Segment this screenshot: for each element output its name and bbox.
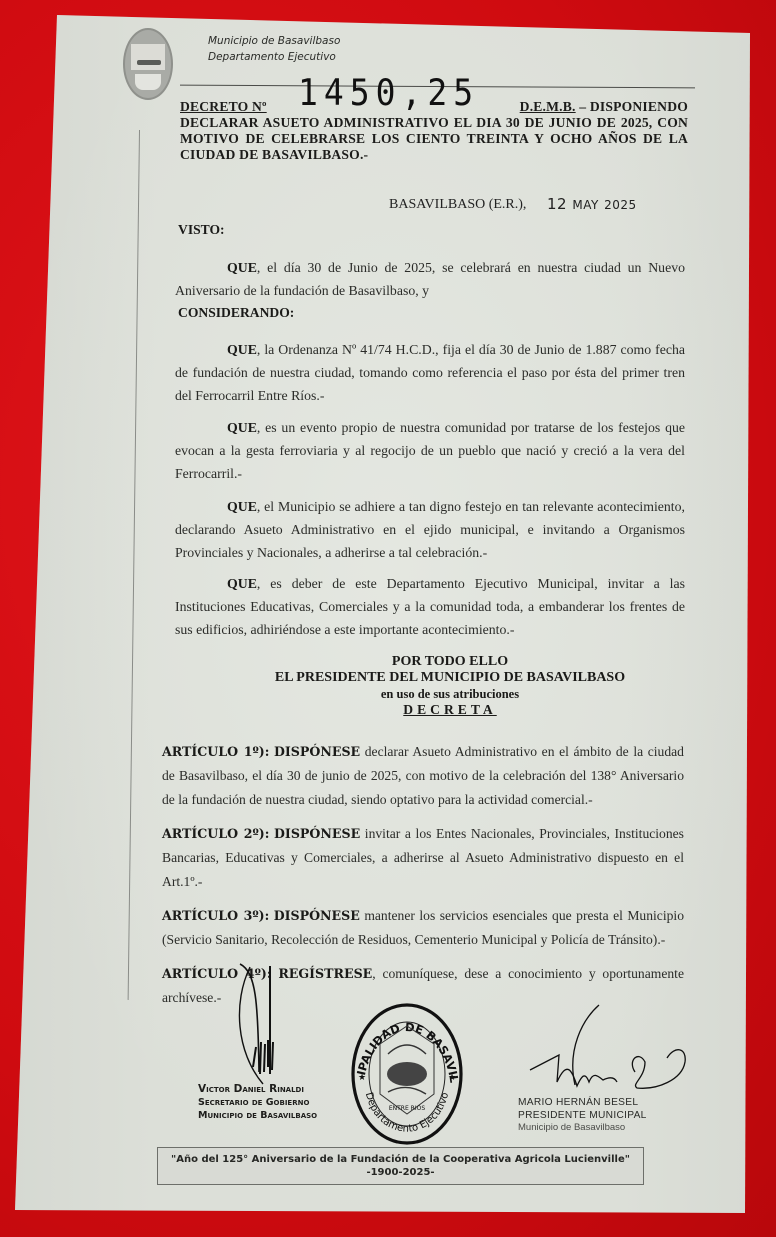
secretary-name: Victor Daniel Rinaldi — [198, 1083, 317, 1096]
article-2: ARTÍCULO 2º): DISPÓNESE invitar a los En… — [162, 822, 684, 894]
decree-title: DECRETO Nº D.E.M.B. – DISPONIENDO DECLAR… — [180, 99, 688, 163]
letterhead-municipality: Municipio de Basavilbaso — [208, 33, 340, 49]
decree-title-first: – DISPONIENDO — [579, 99, 688, 114]
president-org: Municipio de Basavilbaso — [518, 1122, 647, 1135]
letterhead: Municipio de Basavilbaso Departamento Ej… — [208, 33, 340, 65]
signature-president — [527, 1000, 697, 1095]
secretary-org: Municipio de Basavilbaso — [198, 1109, 317, 1122]
svg-text:★: ★ — [358, 1072, 366, 1082]
svg-text:ENTRE RIOS: ENTRE RIOS — [389, 1105, 425, 1112]
date-stamp: 12 MAY 2025 — [547, 195, 637, 213]
considerando-paragraph: QUE, es un evento propio de nuestra comu… — [175, 416, 685, 485]
resolution-line-2: EL PRESIDENTE DEL MUNICIPIO DE BASAVILBA… — [250, 670, 650, 686]
stamp-day: 12 — [547, 195, 567, 213]
svg-text:Departamento Ejecutivo: Departamento Ejecutivo — [363, 1091, 451, 1134]
municipal-seal-icon: MUNICIPALIDAD DE BASAVILBASO Departament… — [350, 1002, 464, 1147]
margin-line — [128, 130, 141, 1000]
visto-paragraph: QUE, el día 30 de Junio de 2025, se cele… — [175, 256, 685, 302]
letterhead-department: Departamento Ejecutivo — [208, 49, 340, 65]
president-name: MARIO HERNÁN BESEL — [518, 1097, 647, 1110]
signature-block-president: MARIO HERNÁN BESEL PRESIDENTE MUNICIPAL … — [518, 1097, 647, 1135]
resolution-line-1: POR TODO ELLO — [250, 654, 650, 670]
article-1: ARTÍCULO 1º): DISPÓNESE declarar Asueto … — [162, 740, 684, 812]
considerando-paragraph: QUE, es deber de este Departamento Ejecu… — [175, 572, 685, 641]
president-role: PRESIDENTE MUNICIPAL — [518, 1110, 647, 1123]
decree-code: D.E.M.B. — [520, 99, 576, 114]
resolution-decreta: DECRETA — [250, 702, 650, 718]
secretary-role: Secretario de Gobierno — [198, 1096, 317, 1109]
decree-document-page: Municipio de Basavilbaso Departamento Ej… — [0, 0, 776, 1237]
decree-label: DECRETO Nº — [180, 99, 267, 115]
signature-block-secretary: Victor Daniel Rinaldi Secretario de Gobi… — [198, 1083, 317, 1122]
footer-motto-box: "Año del 125° Aniversario de la Fundació… — [157, 1147, 644, 1185]
visto-heading: VISTO: — [178, 222, 225, 238]
dateline-place: BASAVILBASO (E.R.), — [389, 197, 526, 213]
footer-motto: "Año del 125° Aniversario de la Fundació… — [158, 1153, 643, 1166]
stamp-year: 2025 — [604, 198, 637, 212]
considerando-paragraph: QUE, la Ordenanza Nº 41/74 H.C.D., fija … — [175, 338, 685, 407]
footer-years: -1900-2025- — [158, 1166, 643, 1179]
article-3: ARTÍCULO 3º): DISPÓNESE mantener los ser… — [162, 904, 684, 952]
resolution-line-3: en uso de sus atribuciones — [250, 686, 650, 702]
signature-secretary — [228, 962, 288, 1087]
stamp-month: MAY — [572, 198, 598, 212]
svg-text:★: ★ — [448, 1072, 456, 1082]
municipal-coat-of-arms-icon — [123, 28, 173, 100]
considerando-paragraph: QUE, el Municipio se adhiere a tan digno… — [175, 495, 685, 564]
decree-title-rest: DECLARAR ASUETO ADMINISTRATIVO EL DIA 30… — [180, 115, 688, 163]
resolution-block: POR TODO ELLO EL PRESIDENTE DEL MUNICIPI… — [250, 654, 650, 718]
considerando-heading: CONSIDERANDO: — [178, 305, 294, 321]
